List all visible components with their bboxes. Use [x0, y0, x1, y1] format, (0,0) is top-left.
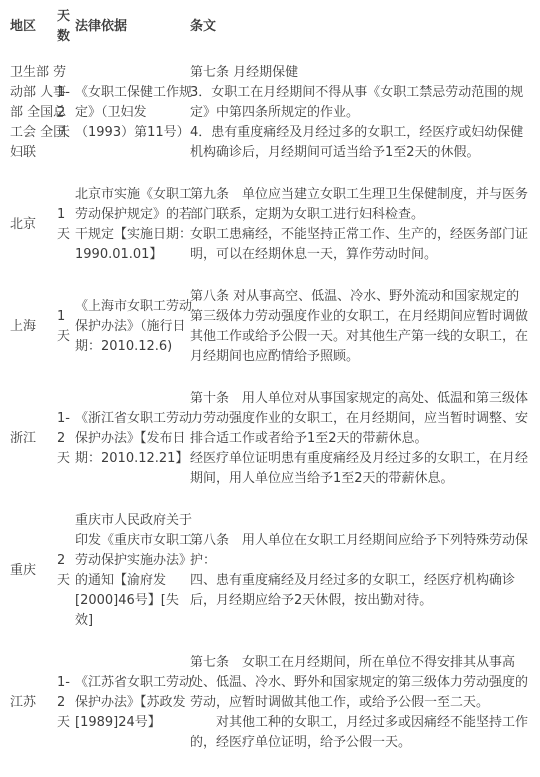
provision-cell: 第七条 月经期保健 3．女职工在月经期间不得从事《女职工禁忌劳动范围的规定》中第…	[190, 63, 528, 163]
legal-basis-cell: 《女职工保健工作规定》（卫妇发（1993）第11号）	[75, 83, 195, 143]
table-row-zhejiang: 浙江 1-2天 《浙江省女职工劳动保护办法》【发布日期：2010.12.21】 …	[10, 378, 540, 500]
days-cell: 1天	[57, 205, 70, 245]
table-row-beijing: 北京 1天 北京市实施《女职工劳动保护规定》的若干规定【实施日期：1990.01…	[10, 174, 540, 276]
provision-cell: 第七条 女职工在月经期间，所在单位不得安排其从事高处、低温、冷水、野外和国家规定…	[190, 653, 528, 753]
table-row-chongqing: 重庆 2天 重庆市人民政府关于印发《重庆市女职工劳动保护实施办法》的通知【渝府发…	[10, 500, 540, 642]
legal-basis-cell: 《上海市女职工劳动保护办法》（施行日期：2010.12.6)	[75, 297, 195, 357]
table-row-ministries: 卫生部 劳动部 人事部 全国总工会 全国妇联 1-2天 《女职工保健工作规定》（…	[10, 52, 540, 174]
days-cell: 1-2天	[57, 409, 70, 469]
provision-cell: 第八条 对从事高空、低温、冷水、野外流动和国家规定的第三级体力劳动强度作业的女职…	[190, 287, 528, 367]
provision-cell: 第九条 单位应当建立女职工生理卫生保健制度，并与医务部门联系，定期为女职工进行妇…	[190, 185, 528, 265]
column-header-legal: 法律依据	[75, 17, 195, 37]
column-header-days: 天数	[57, 7, 71, 47]
provision-cell: 第八条 用人单位在女职工月经期间应给予下列特殊劳动保护： 四、患有重度痛经及月经…	[190, 531, 528, 611]
legal-basis-cell: 《江苏省女职工劳动保护办法》【苏政发[1989]24号】	[75, 673, 195, 733]
column-header-provision: 条文	[190, 17, 528, 37]
regulation-table: 地区 天数 法律依据 条文 卫生部 劳动部 人事部 全国总工会 全国妇联 1-2…	[0, 0, 540, 764]
page: { "page": { "background": "#ffffff", "te…	[0, 0, 540, 777]
legal-basis-cell: 重庆市人民政府关于印发《重庆市女职工劳动保护实施办法》的通知【渝府发[2000]…	[75, 511, 195, 631]
days-cell: 2天	[57, 551, 70, 591]
table-row-jiangsu: 江苏 1-2天 《江苏省女职工劳动保护办法》【苏政发[1989]24号】 第七条…	[10, 642, 540, 764]
table-header-row: 地区 天数 法律依据 条文	[10, 2, 540, 52]
legal-basis-cell: 北京市实施《女职工劳动保护规定》的若干规定【实施日期：1990.01.01】	[75, 185, 195, 265]
days-cell: 1天	[57, 307, 70, 347]
provision-cell: 第十条 用人单位对从事国家规定的高处、低温和第三级体力劳动强度作业的女职工，在月…	[190, 389, 528, 489]
legal-basis-cell: 《浙江省女职工劳动保护办法》【发布日期：2010.12.21】	[75, 409, 195, 469]
days-cell: 1-2天	[57, 673, 70, 733]
days-cell: 1-2天	[57, 83, 70, 143]
table-row-shanghai: 上海 1天 《上海市女职工劳动保护办法》（施行日期：2010.12.6) 第八条…	[10, 276, 540, 378]
